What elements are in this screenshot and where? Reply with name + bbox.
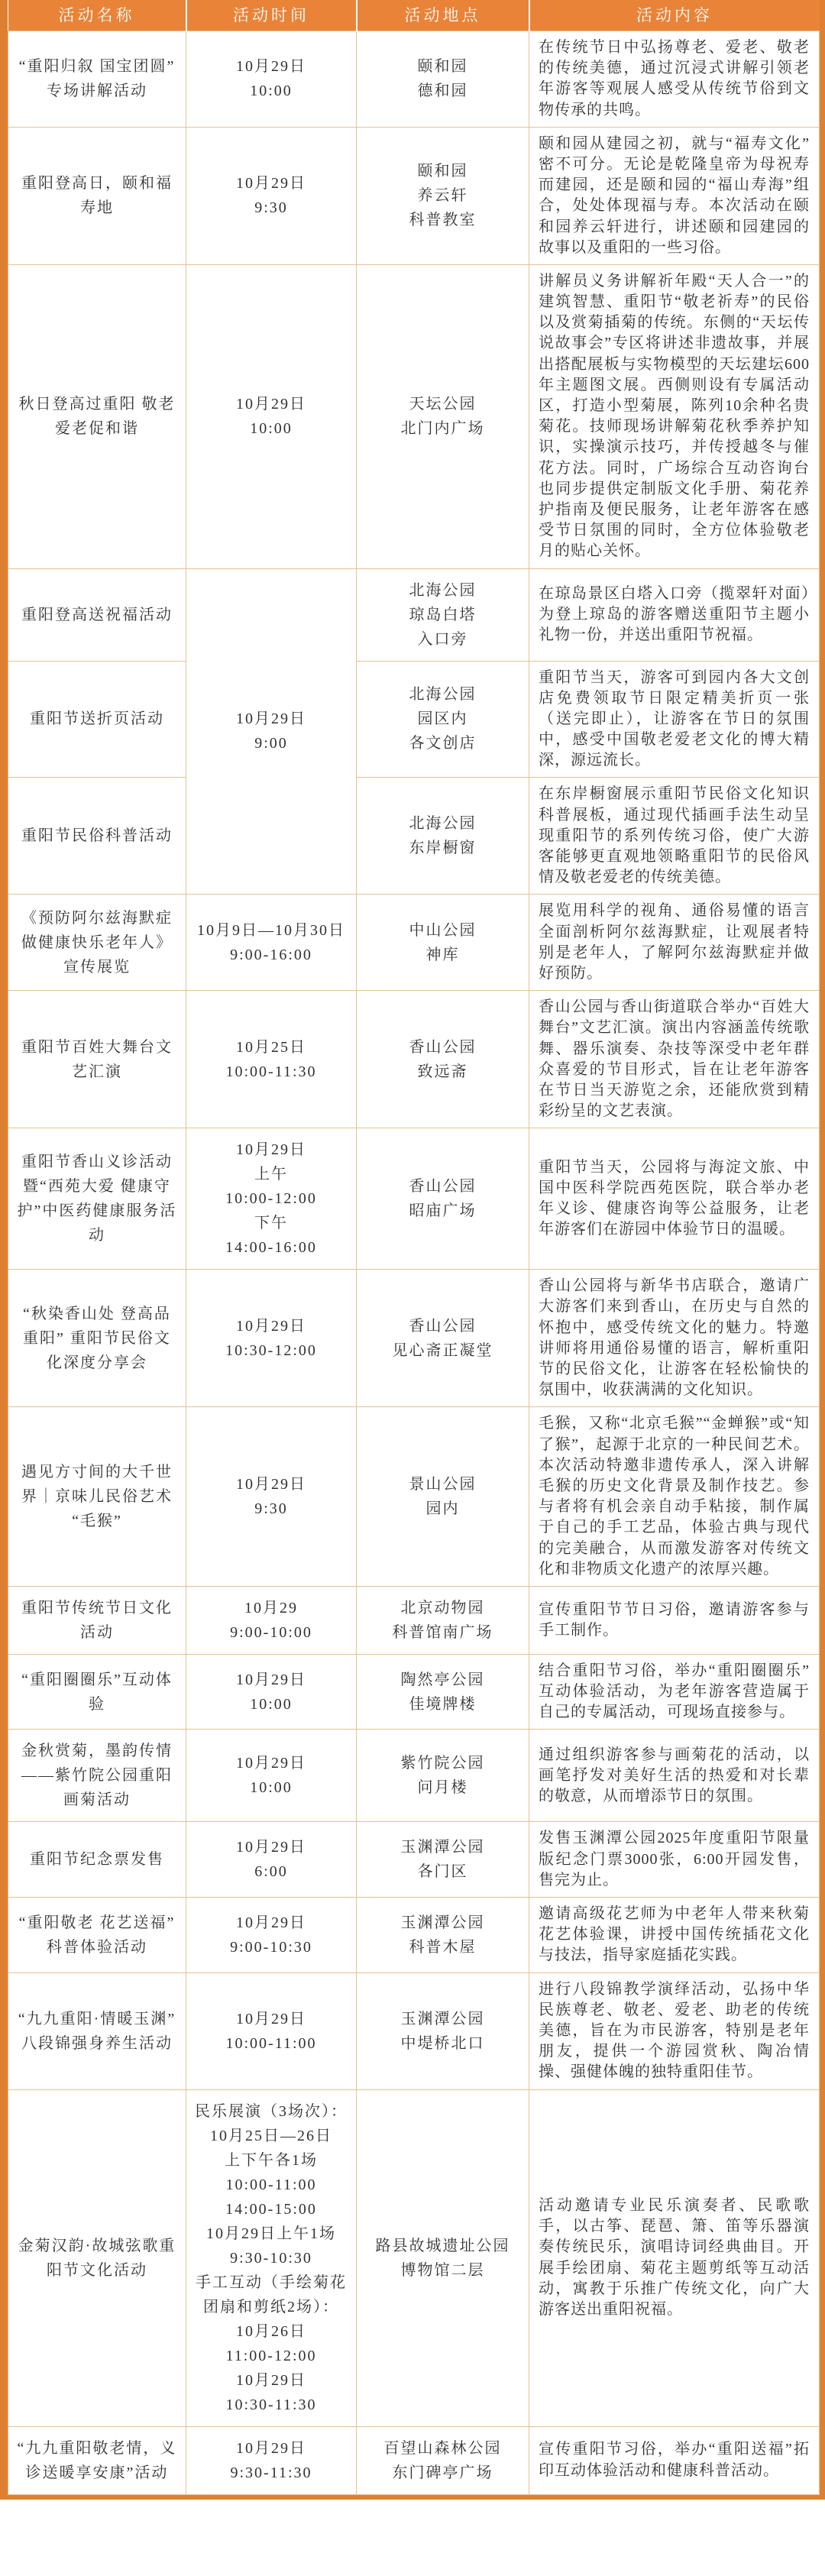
activity-location-cell: 天坛公园北门内广场 [357, 264, 529, 568]
header-activity-content: 活动内容 [529, 0, 820, 31]
activity-location-cell: 玉渊潭公园科普木屋 [357, 1898, 529, 1973]
activity-content-cell: 在东岸橱窗展示重阳节民俗文化知识科普展板，通过现代插画手法生动呈现重阳节的系列传… [529, 778, 820, 895]
activity-time-cell: 10月29日9:30 [186, 1407, 357, 1587]
table-row: “九九重阳敬老情，义诊送暖享安康”活动10月29日9:30-11:30百望山森林… [8, 2426, 820, 2494]
activity-location-cell: 紫竹院公园问月楼 [357, 1730, 529, 1822]
activity-name-cell: “重阳敬老 花艺送福”科普体验活动 [8, 1898, 186, 1973]
activity-name-cell: 重阳登高送祝福活动 [8, 568, 186, 661]
activity-content-cell: 重阳节当天，游客可到园内各大文创店免费领取节日限定精美折页一张（送完即止），让游… [529, 661, 820, 778]
activity-time-cell: 10月9日—10月30日9:00-16:00 [186, 895, 357, 991]
activity-location-cell: 颐和园德和园 [357, 31, 529, 128]
activity-name-cell: 重阳节送折页活动 [8, 661, 186, 778]
activity-content-cell: 宣传重阳节习俗，举办“重阳送福”拓印互动体验活动和健康科普活动。 [529, 2426, 820, 2494]
activity-time-cell: 10月29日10:00 [186, 1654, 357, 1730]
table-row: “九九重阳·情暖玉渊”八段锦强身养生活动10月29日10:00-11:00玉渊潭… [8, 1972, 820, 2089]
activity-name-cell: 重阳节百姓大舞台文艺汇演 [8, 991, 186, 1128]
activity-name-cell: 金菊汉韵·故城弦歌重阳节文化活动 [8, 2089, 186, 2426]
table-row: 重阳节百姓大舞台文艺汇演10月25日10:00-11:30香山公园致远斋香山公园… [8, 991, 820, 1128]
activity-name-cell: 重阳节传统节日文化活动 [8, 1586, 186, 1654]
activity-content-cell: 重阳节当天，公园将与海淀文旅、中国中医科学院西苑医院，联合举办老年义诊、健康咨询… [529, 1128, 820, 1270]
table-row: 重阳登高日，颐和福寿地10月29日9:30颐和园养云轩科普教室颐和园从建园之初，… [8, 127, 820, 264]
activity-content-cell: 活动邀请专业民乐演奏者、民歌歌手，以古筝、琵琶、箫、笛等乐器演奏传统民乐，演唱诗… [529, 2089, 820, 2426]
activity-location-cell: 陶然亭公园佳境牌楼 [357, 1654, 529, 1730]
activity-name-cell: 重阳节民俗科普活动 [8, 778, 186, 895]
activity-time-cell: 10月29日10:00 [186, 31, 357, 128]
activity-location-cell: 百望山森林公园东门碑亭广场 [357, 2426, 529, 2494]
table-row: “重阳敬老 花艺送福”科普体验活动10月29日9:00-10:30玉渊潭公园科普… [8, 1898, 820, 1973]
table-row: 重阳节民俗科普活动北海公园东岸橱窗在东岸橱窗展示重阳节民俗文化知识科普展板，通过… [8, 778, 820, 895]
activity-location-cell: 中山公园神库 [357, 895, 529, 991]
activity-location-cell: 香山公园致远斋 [357, 991, 529, 1128]
activity-name-cell: “重阳圈圈乐”互动体验 [8, 1654, 186, 1730]
activity-name-cell: 金秋赏菊，墨韵传情——紫竹院公园重阳画菊活动 [8, 1730, 186, 1822]
activity-name-cell: 《预防阿尔兹海默症 做健康快乐老年人》宣传展览 [8, 895, 186, 991]
activity-content-cell: 毛猴，又称“北京毛猴”“金蝉猴”或“知了猴”，起源于北京的一种民间艺术。本次活动… [529, 1407, 820, 1587]
activity-time-cell: 10月29日上午10:00-12:00下午14:00-16:00 [186, 1128, 357, 1270]
activity-time-cell: 10月29日10:00 [186, 264, 357, 568]
activity-content-cell: 展览用科学的视角、通俗易懂的语言全面剖析阿尔兹海默症，让观展者特别是老年人，了解… [529, 895, 820, 991]
activity-content-cell: 进行八段锦教学演绎活动，弘扬中华民族尊老、敬老、爱老、助老的传统美德，旨在为市民… [529, 1972, 820, 2089]
activity-location-cell: 玉渊潭公园各门区 [357, 1822, 529, 1898]
activity-location-cell: 路县故城遗址公园博物馆二层 [357, 2089, 529, 2426]
activity-name-cell: “重阳归叙 国宝团圆”专场讲解活动 [8, 31, 186, 128]
activity-name-cell: 重阳登高日，颐和福寿地 [8, 127, 186, 264]
table-row: “秋染香山处 登高品重阳” 重阳节民俗文化深度分享会10月29日10:30-12… [8, 1270, 820, 1407]
table-row: 重阳节送折页活动北海公园园区内各文创店重阳节当天，游客可到园内各大文创店免费领取… [8, 661, 820, 778]
table-row: 遇见方寸间的大千世界｜京味儿民俗艺术“毛猴”10月29日9:30景山公园园内毛猴… [8, 1407, 820, 1587]
activity-location-cell: 北海公园园区内各文创店 [357, 661, 529, 778]
activity-time-cell: 10月29日9:30-11:30 [186, 2426, 357, 2494]
activity-content-cell: 通过组织游客参与画菊花的活动，以画笔抒发对美好生活的热爱和对长辈的敬意，从而增添… [529, 1730, 820, 1822]
activity-time-cell: 10月299:00-10:00 [186, 1586, 357, 1654]
table-row: 金菊汉韵·故城弦歌重阳节文化活动民乐展演（3场次）：10月25日—26日上下午各… [8, 2089, 820, 2426]
activity-location-cell: 景山公园园内 [357, 1407, 529, 1587]
activity-content-cell: 在琼岛景区白塔入口旁（揽翠轩对面）为登上琼岛的游客赠送重阳节主题小礼物一份，并送… [529, 568, 820, 661]
activity-time-cell: 10月29日9:00-10:30 [186, 1898, 357, 1973]
activity-time-cell: 10月29日9:00 [186, 568, 357, 895]
table-header: 活动名称 活动时间 活动地点 活动内容 [8, 0, 820, 31]
activity-name-cell: 秋日登高过重阳 敬老爱老促和谐 [8, 264, 186, 568]
activity-location-cell: 香山公园见心斋正凝堂 [357, 1270, 529, 1407]
activity-time-cell: 10月29日9:30 [186, 127, 357, 264]
activity-name-cell: 重阳节香山义诊活动暨“西苑大爱 健康守护”中医药健康服务活动 [8, 1128, 186, 1270]
table-row: 重阳节香山义诊活动暨“西苑大爱 健康守护”中医药健康服务活动10月29日上午10… [8, 1128, 820, 1270]
activity-location-cell: 香山公园昭庙广场 [357, 1128, 529, 1270]
activity-name-cell: 重阳节纪念票发售 [8, 1822, 186, 1898]
activity-location-cell: 颐和园养云轩科普教室 [357, 127, 529, 264]
activity-location-cell: 北海公园琼岛白塔入口旁 [357, 568, 529, 661]
activity-content-cell: 宣传重阳节节日习俗，邀请游客参与手工制作。 [529, 1586, 820, 1654]
activity-content-cell: 发售玉渊潭公园2025年度重阳节限量版纪念门票3000张，6:00开园发售，售完… [529, 1822, 820, 1898]
table-row: “重阳圈圈乐”互动体验10月29日10:00陶然亭公园佳境牌楼结合重阳节习俗，举… [8, 1654, 820, 1730]
table-row: 秋日登高过重阳 敬老爱老促和谐10月29日10:00天坛公园北门内广场讲解员义务… [8, 264, 820, 568]
activity-location-cell: 北京动物园科普馆南广场 [357, 1586, 529, 1654]
activity-location-cell: 北海公园东岸橱窗 [357, 778, 529, 895]
activity-content-cell: 香山公园与香山街道联合举办“百姓大舞台”文艺汇演。演出内容涵盖传统歌舞、器乐演奏… [529, 991, 820, 1128]
table-row: 《预防阿尔兹海默症 做健康快乐老年人》宣传展览10月9日—10月30日9:00-… [8, 895, 820, 991]
activity-name-cell: “秋染香山处 登高品重阳” 重阳节民俗文化深度分享会 [8, 1270, 186, 1407]
activity-time-cell: 10月29日10:00 [186, 1730, 357, 1822]
activities-table: 活动名称 活动时间 活动地点 活动内容 “重阳归叙 国宝团圆”专场讲解活动10月… [8, 0, 820, 2495]
activities-table-wrapper: 活动名称 活动时间 活动地点 活动内容 “重阳归叙 国宝团圆”专场讲解活动10月… [0, 0, 825, 2500]
activity-time-cell: 民乐展演（3场次）：10月25日—26日上下午各1场10:00-11:0014:… [186, 2089, 357, 2426]
table-row: “重阳归叙 国宝团圆”专场讲解活动10月29日10:00颐和园德和园在传统节日中… [8, 31, 820, 128]
activity-time-cell: 10月25日10:00-11:30 [186, 991, 357, 1128]
table-row: 重阳登高送祝福活动10月29日9:00北海公园琼岛白塔入口旁在琼岛景区白塔入口旁… [8, 568, 820, 661]
header-activity-time: 活动时间 [186, 0, 357, 31]
activity-time-cell: 10月29日6:00 [186, 1822, 357, 1898]
activity-name-cell: “九九重阳敬老情，义诊送暖享安康”活动 [8, 2426, 186, 2494]
activity-name-cell: “九九重阳·情暖玉渊”八段锦强身养生活动 [8, 1972, 186, 2089]
activity-content-cell: 在传统节日中弘扬尊老、爱老、敬老的传统美德，通过沉浸式讲解引领老年游客等观展人感… [529, 31, 820, 128]
table-row: 重阳节纪念票发售10月29日6:00玉渊潭公园各门区发售玉渊潭公园2025年度重… [8, 1822, 820, 1898]
table-row: 金秋赏菊，墨韵传情——紫竹院公园重阳画菊活动10月29日10:00紫竹院公园问月… [8, 1730, 820, 1822]
activity-time-cell: 10月29日10:30-12:00 [186, 1270, 357, 1407]
activity-content-cell: 结合重阳节习俗，举办“重阳圈圈乐”互动体验活动，为老年游客营造属于自己的专属活动… [529, 1654, 820, 1730]
activities-table-body: “重阳归叙 国宝团圆”专场讲解活动10月29日10:00颐和园德和园在传统节日中… [8, 31, 820, 2495]
header-activity-name: 活动名称 [8, 0, 186, 31]
activity-name-cell: 遇见方寸间的大千世界｜京味儿民俗艺术“毛猴” [8, 1407, 186, 1587]
header-activity-location: 活动地点 [357, 0, 529, 31]
activity-content-cell: 香山公园将与新华书店联合，邀请广大游客们来到香山，在历史与自然的怀抱中，感受传统… [529, 1270, 820, 1407]
activity-content-cell: 邀请高级花艺师为中老年人带来秋菊花艺体验课，讲授中国传统插花文化与技法，指导家庭… [529, 1898, 820, 1973]
activity-content-cell: 颐和园从建园之初，就与“福寿文化”密不可分。无论是乾隆皇帝为母祝寿而建园，还是颐… [529, 127, 820, 264]
activity-content-cell: 讲解员义务讲解祈年殿“天人合一”的建筑智慧、重阳节“敬老祈寿”的民俗以及赏菊插菊… [529, 264, 820, 568]
table-row: 重阳节传统节日文化活动10月299:00-10:00北京动物园科普馆南广场宣传重… [8, 1586, 820, 1654]
table-header-row: 活动名称 活动时间 活动地点 活动内容 [8, 0, 820, 31]
activity-time-cell: 10月29日10:00-11:00 [186, 1972, 357, 2089]
activity-location-cell: 玉渊潭公园中堤桥北口 [357, 1972, 529, 2089]
